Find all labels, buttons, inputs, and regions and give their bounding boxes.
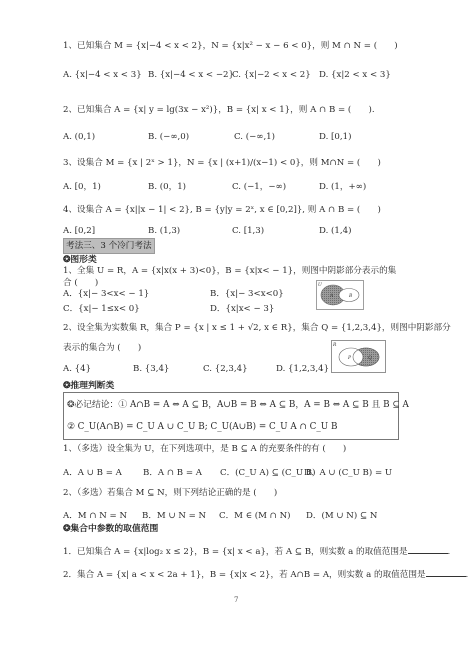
conclusion-line-2: ② C_U(A∩B) = C_U A ∪ C_U B; C_U(A∪B) = C… [67, 422, 337, 432]
q4-option-d: D. (1,4) [319, 225, 351, 237]
q4-option-c: C. [1,3) [232, 225, 264, 237]
q3-option-c: C. (−1，−∞) [232, 181, 286, 193]
key-conclusions-box: ❂必记结论：① A∩B = A ⇔ A ⊆ B，A∪B = B ⇔ A ⊆ B，… [63, 392, 399, 440]
q1-option-b: B. {x|−4 < x < −2} [148, 69, 234, 81]
param-q1: 1．已知集合 A = {x|log₂ x ≤ 2}，B = {x| x < a}… [63, 544, 450, 558]
q2-option-a: A. (0,1) [63, 131, 95, 143]
graph-q2-option-b: B. {3,4} [133, 363, 169, 375]
q1-option-a: A. {x|−4 < x < 3} [63, 69, 142, 81]
param-q2-period: . [466, 570, 469, 580]
q2-option-b: B. (−∞,0) [148, 131, 189, 143]
graph-q2-stem-line2: 表示的集合为 ( ) [63, 342, 141, 354]
section-title: 考法三、3 个冷门考法 [63, 238, 155, 254]
reasoning-q2-option-c: C．M ∈ (M ∩ N) [219, 510, 290, 522]
reasoning-q1-option-d: D．A ∪ (C_U B) = U [304, 467, 392, 479]
reasoning-q1-option-a: A．A ∪ B = A [63, 467, 122, 479]
graph-q1-option-c: C．{x|− 1≤x< 0} [63, 303, 140, 315]
svg-text:R: R [332, 342, 337, 348]
q2-option-d: D. [0,1) [319, 131, 351, 143]
question-4-stem: 4、设集合 A = {x||x − 1| < 2}, B = {y|y = 2ˣ… [63, 204, 381, 216]
conclusion-line-1: ❂必记结论：① A∩B = A ⇔ A ⊆ B，A∪B = B ⇔ A ⊆ B，… [67, 397, 409, 410]
reasoning-q2-stem: 2、（多选）若集合 M ⊆ N，则下列结论正确的是 ( ) [63, 487, 277, 499]
param-q2-text: 2．集合 A = {x| a < x < 2a + 1}，B = {x|x < … [63, 570, 426, 580]
venn-diagram-2: R P Q [331, 340, 386, 373]
param-q1-text: 1．已知集合 A = {x|log₂ x ≤ 2}，B = {x| x < a}… [63, 547, 408, 557]
reasoning-q1-stem: 1、（多选）设全集为 U，在下列选项中，是 B ⊆ A 的充要条件的有 ( ) [63, 443, 346, 455]
q1-option-c: C. {x|−2 < x < 2} [232, 69, 311, 81]
q3-option-b: B. (0，1) [148, 181, 186, 193]
param-q2: 2．集合 A = {x| a < x < 2a + 1}，B = {x|x < … [63, 567, 468, 581]
reasoning-q1-option-c: C．(C_U A) ⊆ (C_U B) [220, 467, 315, 479]
q3-option-a: A. [0，1) [63, 181, 101, 193]
reasoning-q1-option-b: B．A ∩ B = A [143, 467, 202, 479]
graph-q2-option-a: A. {4} [63, 363, 91, 375]
q4-option-a: A. [0,2] [63, 225, 95, 237]
reasoning-q2-option-d: D．(M ∪ N) ⊆ N [306, 510, 377, 522]
graph-q2-option-d: D. {1,2,3,4} [276, 363, 329, 375]
graph-q1-option-a: A．{x|− 3<x< − 1} [63, 288, 149, 300]
graph-q1-option-d: D．{x|x< − 3} [210, 303, 274, 315]
reasoning-q2-option-b: B．M ∪ N = N [142, 510, 206, 522]
q4-option-b: B. (1,3) [148, 225, 180, 237]
question-1-stem: 1、已知集合 M = {x|−4 < x < 2}，N = {x|x² − x … [63, 40, 398, 52]
svg-text:B: B [348, 293, 353, 299]
svg-text:U: U [318, 282, 322, 288]
param-q1-period: . [448, 547, 451, 557]
page-number: 7 [234, 596, 238, 604]
q3-option-d: D. (1，+∞) [319, 181, 366, 193]
venn-diagram-1: U A B [316, 280, 364, 310]
graph-q1-stem-line1: 1、全集 U = R，A = {x|x(x + 3)<0}，B = {x|x< … [63, 265, 396, 277]
reasoning-q2-option-a: A．M ∩ N = N [63, 510, 127, 522]
answer-blank-2[interactable] [426, 567, 466, 577]
param-section-heading: ❂集合中参数的取值范围 [63, 523, 158, 535]
question-3-stem: 3、设集合 M = {x | 2ˣ > 1}，N = {x | (x+1)/(x… [63, 157, 381, 169]
q2-option-c: C. (−∞,1) [234, 131, 275, 143]
graph-q2-stem-line1: 2、设全集为实数集 R，集合 P = {x | x ≤ 1 + √2, x ∈ … [63, 322, 451, 334]
svg-text:Q: Q [368, 355, 372, 361]
question-2-stem: 2、已知集合 A = {x| y = lg(3x − x²)}，B = {x| … [63, 104, 375, 116]
graph-q2-option-c: C. {2,3,4} [203, 363, 248, 375]
reasoning-section-heading: ❂推理判断类 [63, 380, 114, 392]
graph-q1-option-b: B．{x|− 3<x<0} [210, 288, 284, 300]
q1-option-d: D. {x|2 < x < 3} [319, 69, 391, 81]
answer-blank-1[interactable] [408, 544, 448, 554]
